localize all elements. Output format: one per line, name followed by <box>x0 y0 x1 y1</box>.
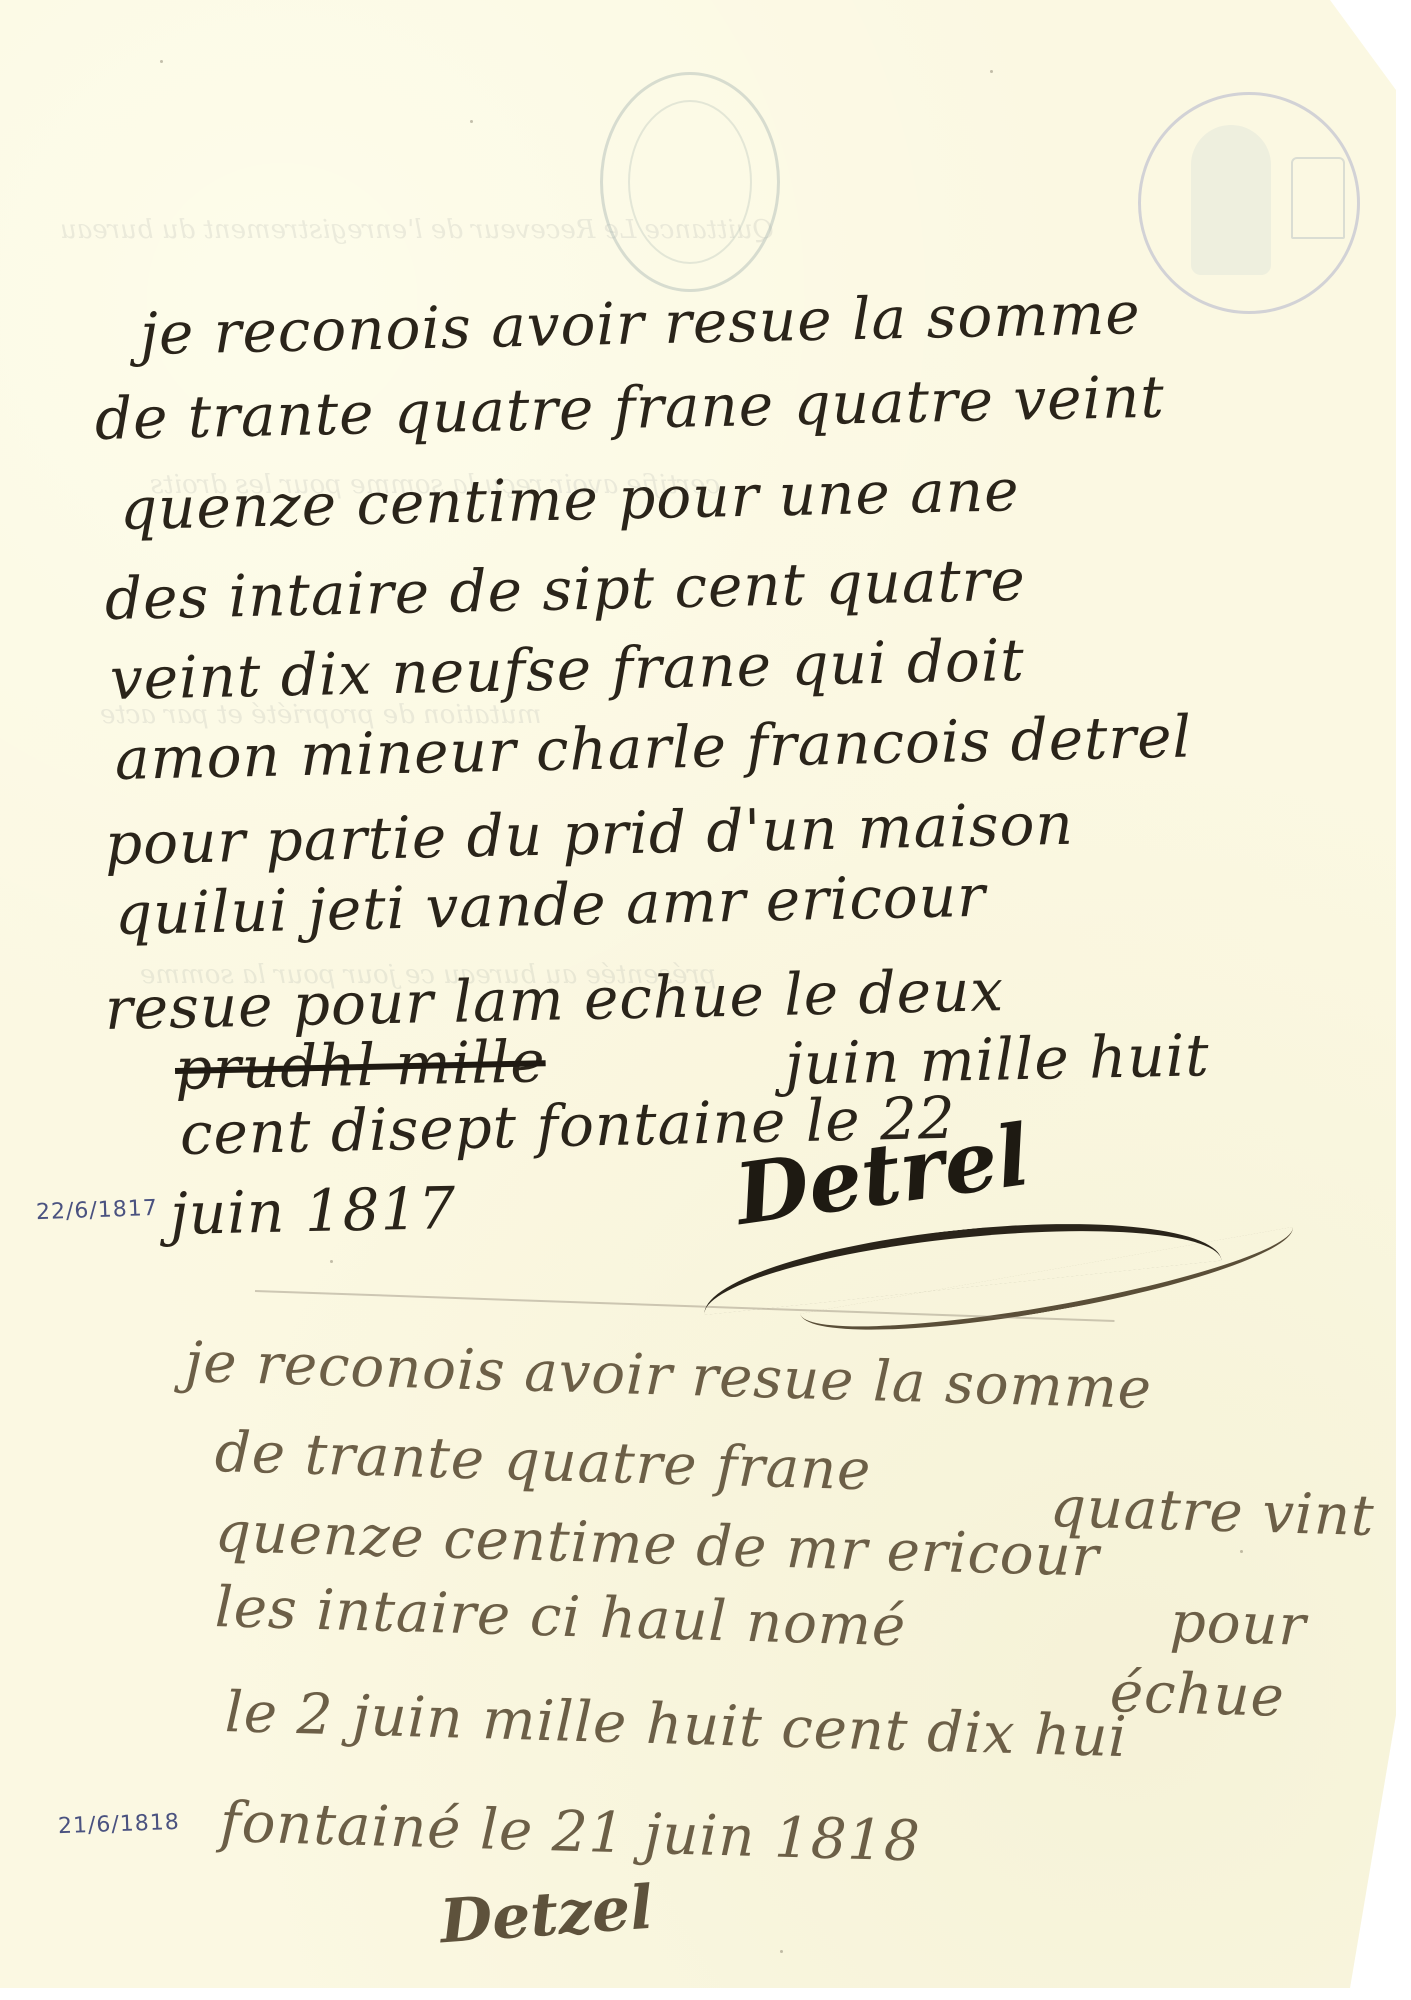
receipt-1-line: des intaire de sipt cent quatre <box>104 546 1026 633</box>
receipt-2-line: échue <box>1109 1660 1286 1730</box>
embossed-seal-stamp <box>1138 92 1360 314</box>
law-tablets-icon <box>1291 157 1345 239</box>
paper-speck <box>780 1950 783 1953</box>
receipt-1-line: juin 1817 <box>169 1174 457 1248</box>
archive-date-note: 22/6/1817 <box>36 1196 159 1225</box>
receipt-1-line: de trante quatre frane quatre veint <box>94 363 1165 453</box>
receipt-2-line: quatre vint <box>1049 1475 1375 1549</box>
receipt-2-line: quenze centime de mr ericour <box>214 1500 1100 1590</box>
paper-speck <box>1240 1550 1243 1553</box>
seated-figure-icon <box>1191 125 1271 275</box>
receipt-1-line: je reconois avoir resue la somme <box>139 279 1141 368</box>
paper-speck <box>990 70 993 73</box>
receipt-2-line: fontainé le 21 juin 1818 <box>219 1790 921 1875</box>
receipt-2-line: je reconois avoir resue la somme <box>184 1330 1153 1422</box>
manuscript-page: Quittance Le Receveur de l'enregistremen… <box>0 0 1411 1988</box>
seal-inner-ring <box>628 100 752 264</box>
receipt-2-line: les intaire ci haul nomé <box>214 1575 907 1659</box>
receipt-1-line: veint dix neufse frane qui doit <box>109 626 1025 713</box>
struck-out-text: prudhl mille <box>174 1027 546 1103</box>
signature-detzel: Detzel <box>438 1873 655 1958</box>
dry-seal-stamp <box>600 72 780 292</box>
receipt-2-line: le 2 juin mille huit cent dix hui <box>224 1680 1128 1770</box>
receipt-2-line: pour <box>1169 1590 1307 1659</box>
receipt-2-line: de trante quatre frane <box>214 1420 872 1503</box>
paper-speck <box>470 120 473 123</box>
paper-speck <box>330 1260 333 1263</box>
archive-date-note: 21/6/1818 <box>58 1810 181 1839</box>
paper-speck <box>160 60 163 63</box>
